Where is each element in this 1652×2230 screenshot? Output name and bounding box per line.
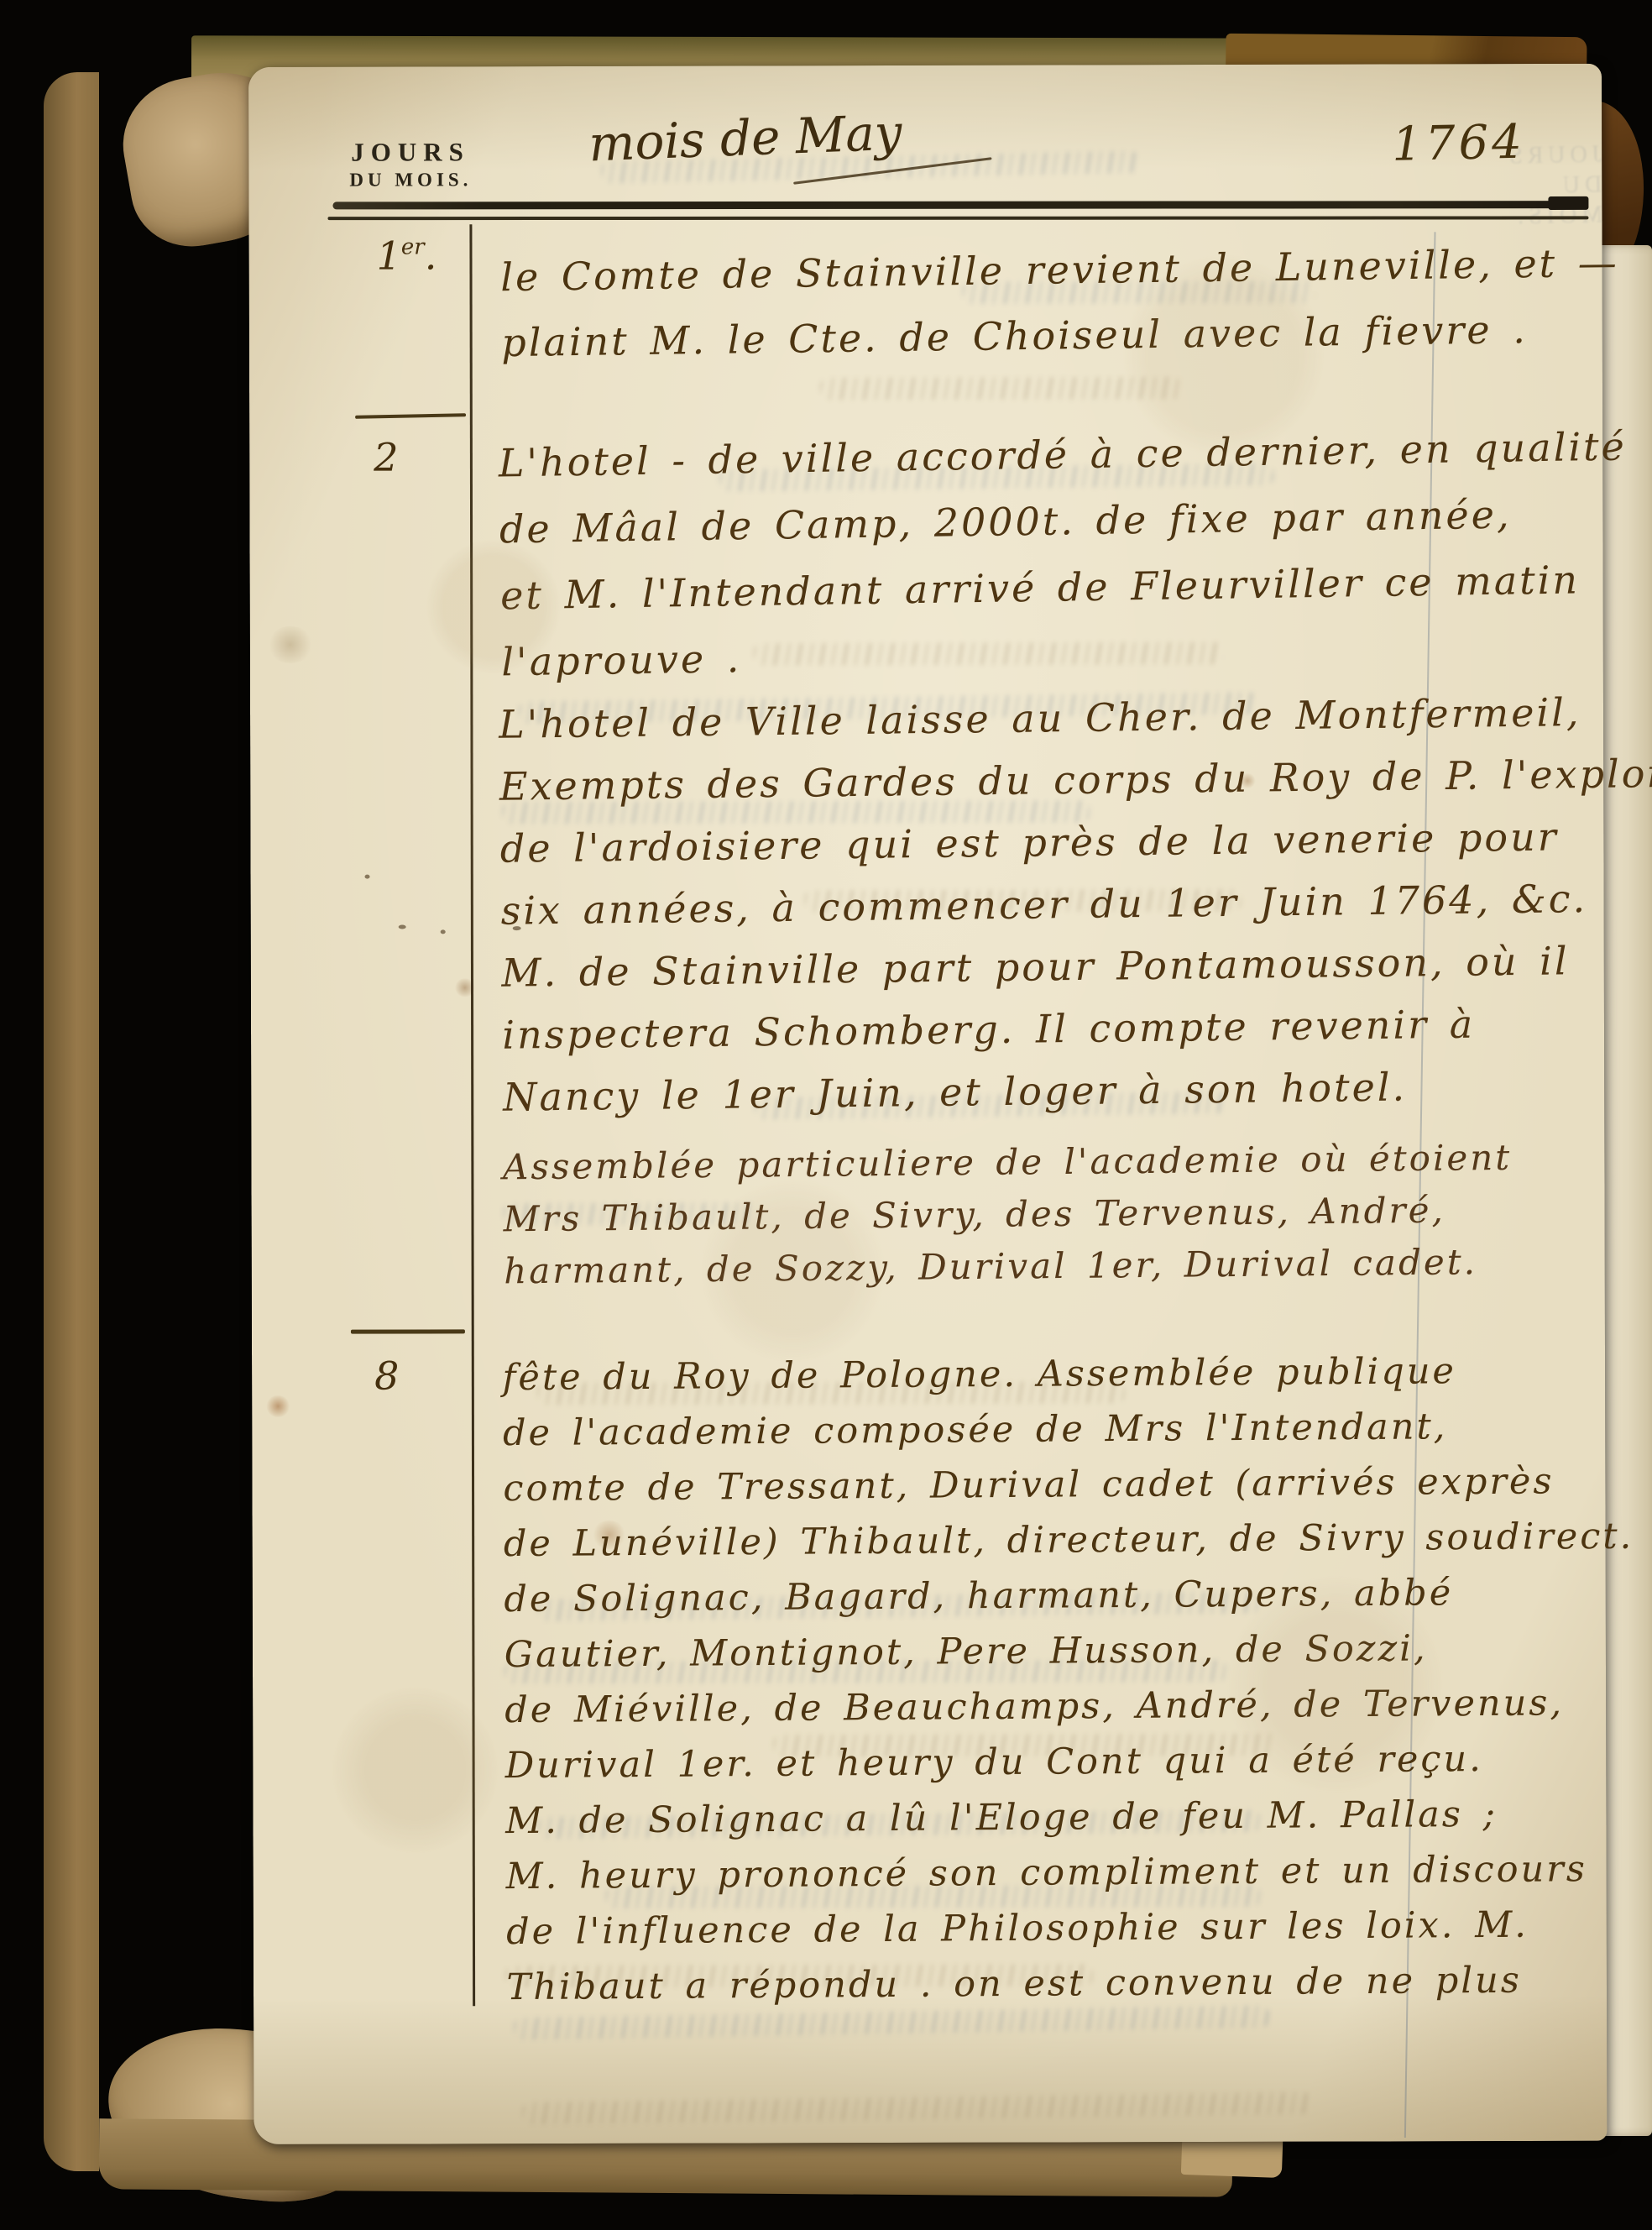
entry-line: Thibaut a répondu . on est convenu de ne… [506, 1952, 1637, 2015]
entry-line: plaint M. le Cte. de Choiseul avec la fi… [501, 296, 1620, 375]
entry-line: de Solignac, Bagard, harmant, Cupers, ab… [504, 1564, 1634, 1627]
ink-speck [365, 875, 370, 879]
book-cover-left-edge [44, 72, 99, 2171]
entry-divider-tick [355, 413, 466, 419]
day-label-8: 8 [374, 1353, 399, 1399]
entry-paragraph: le Comte de Stainville revient de Lunevi… [500, 230, 1620, 375]
month-title: mois de May [588, 103, 903, 172]
header-rule-thin [327, 216, 1588, 220]
manuscript-page: JOURS DU MOIS. JOURS DU MOIS. mois de Ma… [248, 64, 1607, 2144]
foxing-stain [267, 626, 314, 663]
entry-line: de Lunéville) Thibault, directeur, de Si… [504, 1509, 1634, 1572]
entry-paragraph: fête du Roy de Pologne. Assemblée publiq… [502, 1343, 1637, 2015]
bleed-through-ghost [820, 377, 1181, 400]
entry-line: M. heury prononcé son compliment et un d… [505, 1841, 1636, 1904]
entry-line: fête du Roy de Pologne. Assemblée publiq… [502, 1343, 1633, 1406]
day-label-2: 2 [374, 435, 398, 480]
entry-line: harmant, de Sozzy, Durival 1er, Durival … [504, 1236, 1513, 1298]
entry-paragraph: Assemblée particuliere de l'academie où … [503, 1132, 1513, 1298]
entry-line: Durival 1er. et heury du Cont qui a été … [505, 1730, 1636, 1793]
entry-divider-tick [351, 1329, 465, 1333]
ink-speck [399, 925, 406, 929]
entry-line: de Miéville, de Beauchamps, André, de Te… [504, 1675, 1635, 1738]
header-rule-end-blob [1548, 196, 1588, 210]
printed-header-jours: JOURS [351, 137, 470, 167]
entry-line: de l'academie composée de Mrs l'Intendan… [503, 1398, 1634, 1461]
year-title: 1764 [1392, 115, 1526, 172]
entry-line: Mrs Thibault, de Sivry, des Tervenus, An… [503, 1184, 1513, 1246]
entry-line: Gautier, Montignot, Pere Husson, de Sozz… [504, 1620, 1635, 1683]
printed-header-du-mois: DU MOIS. [349, 169, 472, 191]
entry-paragraph: L'hotel de Ville laisse au Cher. de Mont… [499, 679, 1652, 1128]
foxing-stain [265, 1395, 290, 1417]
entry-line: comte de Tressant, Durival cadet (arrivé… [503, 1453, 1634, 1516]
entry-paragraph: L'hotel - de ville accordé à ce dernier,… [498, 414, 1630, 696]
entry-line: de l'influence de la Philosophie sur les… [506, 1897, 1637, 1960]
day-column-rule [469, 224, 475, 2006]
header-rule-thick [332, 201, 1585, 209]
book-photograph: { "book_page": { "printed_header": { "li… [0, 0, 1652, 2230]
entry-line: Assemblée particuliere de l'academie où … [503, 1132, 1513, 1194]
day-label-1: 1er. [377, 233, 437, 278]
entry-line: M. de Solignac a lû l'Eloge de feu M. Pa… [505, 1786, 1636, 1849]
ink-speck [441, 929, 446, 934]
bleed-through-ghost [522, 2092, 1311, 2124]
